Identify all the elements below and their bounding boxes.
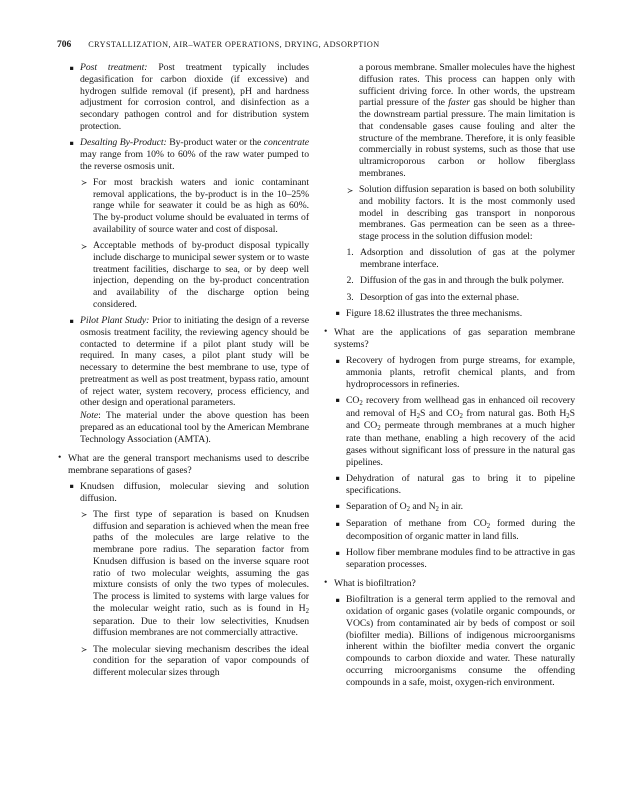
paragraph-b3: ≻Solution diffusion separation is based … [323, 184, 575, 243]
paragraph-text: Recovery of hydrogen from purge streams,… [346, 355, 575, 390]
paragraph-b2: ▪Post treatment: Post treatment typicall… [57, 62, 309, 133]
paragraph-note: Note: The material under the above quest… [57, 410, 309, 445]
paragraph-text: Separation of O2 and N2 in air. [346, 501, 463, 512]
paragraph-b1: •What are the applications of gas separa… [323, 327, 575, 351]
paragraph-b2: ▪Pilot Plant Study: Prior to initiating … [57, 315, 309, 409]
text-columns: ▪Post treatment: Post treatment typicall… [57, 62, 575, 688]
bullet-icon: ▪ [70, 481, 74, 493]
bullet-icon: ▪ [336, 356, 340, 368]
book-page: 706 CRYSTALLIZATION, AIR–WATER OPERATION… [0, 0, 617, 800]
paragraph-text: The first type of separation is based on… [93, 509, 309, 639]
paragraph-b2: ▪Separation of methane from CO2 formed d… [323, 518, 575, 543]
page-number: 706 [57, 40, 71, 50]
paragraph-b2: ▪Separation of O2 and N2 in air. [323, 501, 575, 514]
paragraph-text: The molecular sieving mechanism describe… [93, 644, 309, 679]
paragraph-text: What are the general transport mechanism… [68, 453, 309, 476]
paragraph-text: For most brackish waters and ionic conta… [93, 177, 309, 235]
paragraph-b1: •What are the general transport mechanis… [57, 453, 309, 477]
bullet-icon: ≻ [81, 241, 87, 253]
list-number: 1. [347, 247, 354, 259]
paragraph-b2: ▪CO2 recovery from wellhead gas in enhan… [323, 395, 575, 469]
bullet-icon: ≻ [347, 185, 353, 197]
bullet-icon: ≻ [81, 177, 87, 189]
paragraph-text: Desorption of gas into the external phas… [360, 292, 519, 303]
bullet-icon: ▪ [336, 308, 340, 320]
paragraph-b2: ▪Knudsen diffusion, molecular sieving an… [57, 481, 309, 505]
paragraph-b2: ▪Recovery of hydrogen from purge streams… [323, 355, 575, 390]
bullet-icon: ▪ [336, 519, 340, 531]
paragraph-b2: ▪Dehydration of natural gas to bring it … [323, 473, 575, 497]
paragraph-text: a porous membrane. Smaller molecules hav… [359, 62, 575, 179]
paragraph-text: Figure 18.62 illustrates the three mecha… [346, 308, 522, 319]
paragraph-b2: ▪Desalting By-Product: By-product water … [57, 137, 309, 172]
bullet-icon: ≻ [81, 644, 87, 656]
paragraph-text: Pilot Plant Study: Prior to initiating t… [80, 315, 309, 408]
bullet-icon: ≻ [81, 509, 87, 521]
bullet-icon: ▪ [336, 473, 340, 485]
list-number: 2. [347, 275, 354, 287]
paragraph-num: 3.Desorption of gas into the external ph… [323, 292, 575, 304]
paragraph-text: Desalting By-Product: By-product water o… [80, 137, 309, 172]
paragraph-text: Separation of methane from CO2 formed du… [346, 518, 575, 542]
left-column: ▪Post treatment: Post treatment typicall… [57, 62, 309, 688]
bullet-icon: • [58, 453, 61, 465]
paragraph-plain: a porous membrane. Smaller molecules hav… [323, 62, 575, 180]
paragraph-b2: ▪Figure 18.62 illustrates the three mech… [323, 308, 575, 320]
running-title: CRYSTALLIZATION, AIR–WATER OPERATIONS, D… [88, 40, 379, 49]
paragraph-b3: ≻Acceptable methods of by-product dispos… [57, 240, 309, 311]
paragraph-b1: •What is biofiltration? [323, 578, 575, 590]
bullet-icon: ▪ [70, 316, 74, 328]
paragraph-text: CO2 recovery from wellhead gas in enhanc… [346, 395, 575, 468]
bullet-icon: ▪ [70, 138, 74, 150]
paragraph-text: Acceptable methods of by-product disposa… [93, 240, 309, 310]
paragraph-num: 1.Adsorption and dissolution of gas at t… [323, 247, 575, 271]
paragraph-text: Post treatment: Post treatment typically… [80, 62, 309, 132]
bullet-icon: ▪ [70, 63, 74, 75]
bullet-icon: • [324, 578, 327, 590]
list-number: 3. [347, 292, 354, 304]
page-header: 706 CRYSTALLIZATION, AIR–WATER OPERATION… [57, 40, 577, 50]
paragraph-b3: ≻The first type of separation is based o… [57, 509, 309, 639]
bullet-icon: • [324, 327, 327, 339]
right-column: a porous membrane. Smaller molecules hav… [323, 62, 575, 688]
paragraph-text: Solution diffusion separation is based o… [359, 184, 575, 242]
bullet-icon: ▪ [336, 395, 340, 407]
paragraph-num: 2.Diffusion of the gas in and through th… [323, 275, 575, 287]
paragraph-b3: ≻For most brackish waters and ionic cont… [57, 177, 309, 236]
paragraph-text: Knudsen diffusion, molecular sieving and… [80, 481, 309, 504]
paragraph-text: Hollow fiber membrane modules find to be… [346, 547, 575, 570]
paragraph-text: Diffusion of the gas in and through the … [360, 275, 564, 286]
paragraph-text: Dehydration of natural gas to bring it t… [346, 473, 575, 496]
paragraph-b2: ▪Hollow fiber membrane modules find to b… [323, 547, 575, 571]
bullet-icon: ▪ [336, 548, 340, 560]
paragraph-text: Biofiltration is a general term applied … [346, 594, 575, 687]
paragraph-b2: ▪Biofiltration is a general term applied… [323, 594, 575, 688]
bullet-icon: ▪ [336, 501, 340, 513]
paragraph-text: What are the applications of gas separat… [334, 327, 575, 350]
paragraph-b3: ≻The molecular sieving mechanism describ… [57, 644, 309, 679]
paragraph-text: What is biofiltration? [334, 578, 416, 589]
paragraph-text: Adsorption and dissolution of gas at the… [360, 247, 575, 270]
paragraph-text: Note: The material under the above quest… [80, 410, 309, 445]
bullet-icon: ▪ [336, 595, 340, 607]
